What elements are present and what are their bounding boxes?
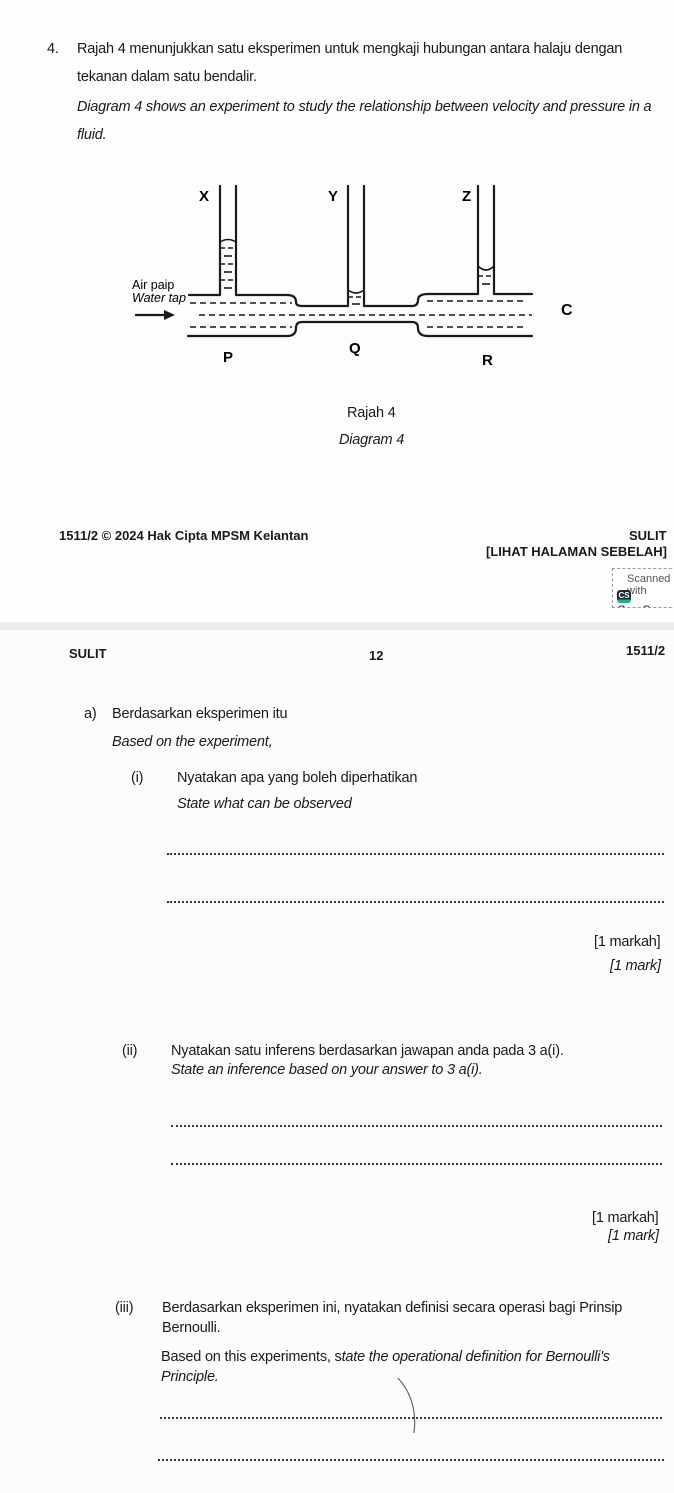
q-i-number: (i): [131, 770, 143, 786]
diagram-caption-malay: Rajah 4: [347, 405, 396, 421]
camscanner-logo-icon: CS: [617, 590, 631, 603]
footer-copyright: 1511/2 © 2024 Hak Cipta MPSM Kelantan: [59, 528, 308, 543]
tube-label-x: X: [199, 188, 209, 205]
q-i-marks-malay: [1 markah]: [594, 934, 661, 950]
q-ii-marks-malay: [1 markah]: [592, 1210, 659, 1226]
tube-label-z: Z: [462, 188, 471, 205]
answer-line-ii-1[interactable]: [171, 1125, 662, 1127]
inlet-label-malay: Air paip: [132, 278, 174, 292]
header-paper-code: 1511/2: [626, 643, 665, 658]
footer-next-page: [LIHAT HALAMAN SEBELAH]: [486, 544, 667, 559]
q-iii-english-italic: tate the operational definition for Bern…: [342, 1349, 610, 1365]
header-page-number: 12: [369, 648, 383, 663]
section-label-r: R: [482, 352, 493, 369]
scanner-brand: CSCamScanner: [617, 589, 674, 608]
q-iii-english-line1: Based on this experiments, state the ope…: [161, 1349, 610, 1365]
exam-page-11: 4. Rajah 4 menunjukkan satu eksperimen u…: [0, 0, 674, 622]
header-classification: SULIT: [69, 646, 107, 661]
inlet-label-english: Water tap: [132, 291, 186, 305]
q-i-marks-english: [1 mark]: [610, 958, 661, 974]
outlet-label-c: C: [561, 302, 573, 319]
answer-line-iii-2[interactable]: [158, 1459, 664, 1461]
part-a-label: a): [84, 706, 97, 722]
footer-classification: SULIT: [629, 528, 667, 543]
answer-line-i-2[interactable]: [167, 901, 664, 903]
q-i-malay: Nyatakan apa yang boleh diperhatikan: [177, 770, 417, 786]
q-iii-english-normal: Based on this experiments, s: [161, 1349, 342, 1365]
tube-label-y: Y: [328, 188, 338, 205]
flow-arrow-icon: [135, 310, 175, 320]
part-a-english: Based on the experiment,: [112, 734, 272, 750]
diagram-caption-english: Diagram 4: [339, 432, 404, 448]
q-i-english: State what can be observed: [177, 796, 352, 812]
section-label-q: Q: [349, 340, 361, 357]
answer-line-ii-2[interactable]: [171, 1163, 662, 1165]
q-iii-number: (iii): [115, 1300, 133, 1316]
camscanner-watermark: Scanned with CSCamScanner: [612, 568, 674, 608]
section-label-p: P: [223, 349, 233, 366]
venturi-diagram: X Y Z P Q R C Air paip Water tap: [0, 0, 674, 400]
pencil-stroke-mark: [390, 1370, 430, 1440]
q-ii-malay: Nyatakan satu inferens berdasarkan jawap…: [171, 1043, 564, 1059]
page-divider: [0, 622, 674, 630]
q-ii-english: State an inference based on your answer …: [171, 1062, 483, 1078]
q-iii-malay-line1: Berdasarkan eksperimen ini, nyatakan def…: [162, 1300, 622, 1316]
q-ii-number: (ii): [122, 1043, 137, 1059]
part-a-malay: Berdasarkan eksperimen itu: [112, 706, 287, 722]
q-ii-marks-english: [1 mark]: [608, 1228, 659, 1244]
answer-line-i-1[interactable]: [167, 853, 664, 855]
q-iii-english-line2: Principle.: [161, 1369, 219, 1385]
q-iii-malay-line2: Bernoulli.: [162, 1320, 220, 1336]
scanner-brand-name: CamScanner: [617, 603, 674, 608]
